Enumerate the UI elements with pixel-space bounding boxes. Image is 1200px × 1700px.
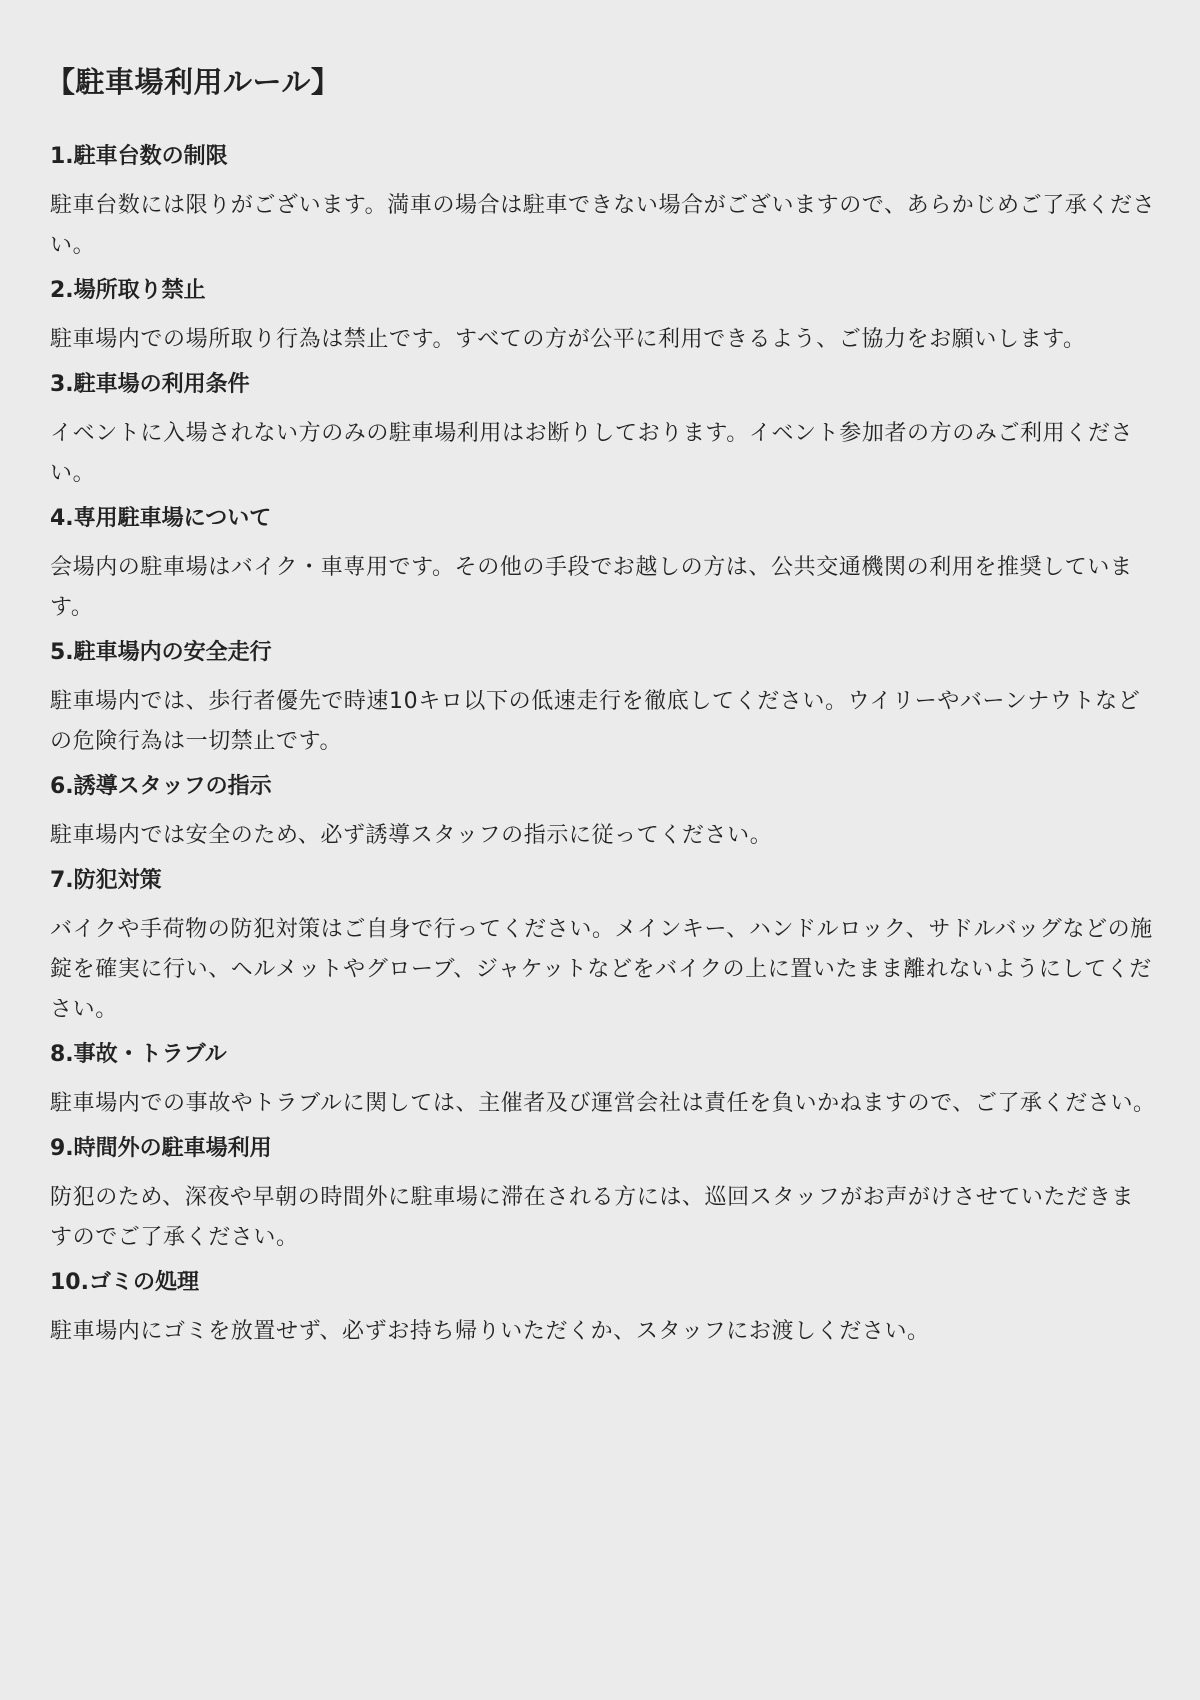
rule-3: 3.駐車場の利用条件 イベントに入場されない方のみの駐車場利用はお断りしておりま… <box>50 370 1156 494</box>
rule-heading: 2.場所取り禁止 <box>50 276 1156 306</box>
rule-10: 10.ゴミの処理 駐車場内にゴミを放置せず、必ずお持ち帰りいただくか、スタッフに… <box>50 1268 1156 1352</box>
rule-body: 防犯のため、深夜や早朝の時間外に駐車場に滞在される方には、巡回スタッフがお声がけ… <box>50 1178 1156 1258</box>
rule-9: 9.時間外の駐車場利用 防犯のため、深夜や早朝の時間外に駐車場に滞在される方には… <box>50 1134 1156 1258</box>
rule-5: 5.駐車場内の安全走行 駐車場内では、歩行者優先で時速10キロ以下の低速走行を徹… <box>50 638 1156 762</box>
rule-heading: 9.時間外の駐車場利用 <box>50 1134 1156 1164</box>
rule-7: 7.防犯対策 バイクや手荷物の防犯対策はご自身で行ってください。メインキー、ハン… <box>50 866 1156 1030</box>
rule-heading: 5.駐車場内の安全走行 <box>50 638 1156 668</box>
rule-heading: 8.事故・トラブル <box>50 1040 1156 1070</box>
document-title: 【駐車場利用ルール】 <box>46 62 1156 102</box>
rule-body: 駐車台数には限りがございます。満車の場合は駐車できない場合がございますので、あら… <box>50 186 1156 266</box>
rule-heading: 4.専用駐車場について <box>50 504 1156 534</box>
rule-6: 6.誘導スタッフの指示 駐車場内では安全のため、必ず誘導スタッフの指示に従ってく… <box>50 772 1156 856</box>
rule-heading: 6.誘導スタッフの指示 <box>50 772 1156 802</box>
rule-heading: 3.駐車場の利用条件 <box>50 370 1156 400</box>
rule-body: イベントに入場されない方のみの駐車場利用はお断りしております。イベント参加者の方… <box>50 414 1156 494</box>
rule-heading: 7.防犯対策 <box>50 866 1156 896</box>
rule-body: 駐車場内での事故やトラブルに関しては、主催者及び運営会社は責任を負いかねますので… <box>50 1084 1156 1124</box>
rule-heading: 10.ゴミの処理 <box>50 1268 1156 1298</box>
rule-body: 駐車場内では、歩行者優先で時速10キロ以下の低速走行を徹底してください。ウイリー… <box>50 682 1156 762</box>
rule-body: バイクや手荷物の防犯対策はご自身で行ってください。メインキー、ハンドルロック、サ… <box>50 910 1156 1030</box>
rule-8: 8.事故・トラブル 駐車場内での事故やトラブルに関しては、主催者及び運営会社は責… <box>50 1040 1156 1124</box>
rule-body: 駐車場内では安全のため、必ず誘導スタッフの指示に従ってください。 <box>50 816 1156 856</box>
rule-2: 2.場所取り禁止 駐車場内での場所取り行為は禁止です。すべての方が公平に利用でき… <box>50 276 1156 360</box>
rule-4: 4.専用駐車場について 会場内の駐車場はバイク・車専用です。その他の手段でお越し… <box>50 504 1156 628</box>
rule-1: 1.駐車台数の制限 駐車台数には限りがございます。満車の場合は駐車できない場合が… <box>50 142 1156 266</box>
parking-rules-document: 【駐車場利用ルール】 1.駐車台数の制限 駐車台数には限りがございます。満車の場… <box>0 0 1200 1352</box>
rule-body: 駐車場内での場所取り行為は禁止です。すべての方が公平に利用できるよう、ご協力をお… <box>50 320 1156 360</box>
rule-heading: 1.駐車台数の制限 <box>50 142 1156 172</box>
rule-body: 会場内の駐車場はバイク・車専用です。その他の手段でお越しの方は、公共交通機関の利… <box>50 548 1156 628</box>
rule-body: 駐車場内にゴミを放置せず、必ずお持ち帰りいただくか、スタッフにお渡しください。 <box>50 1312 1156 1352</box>
